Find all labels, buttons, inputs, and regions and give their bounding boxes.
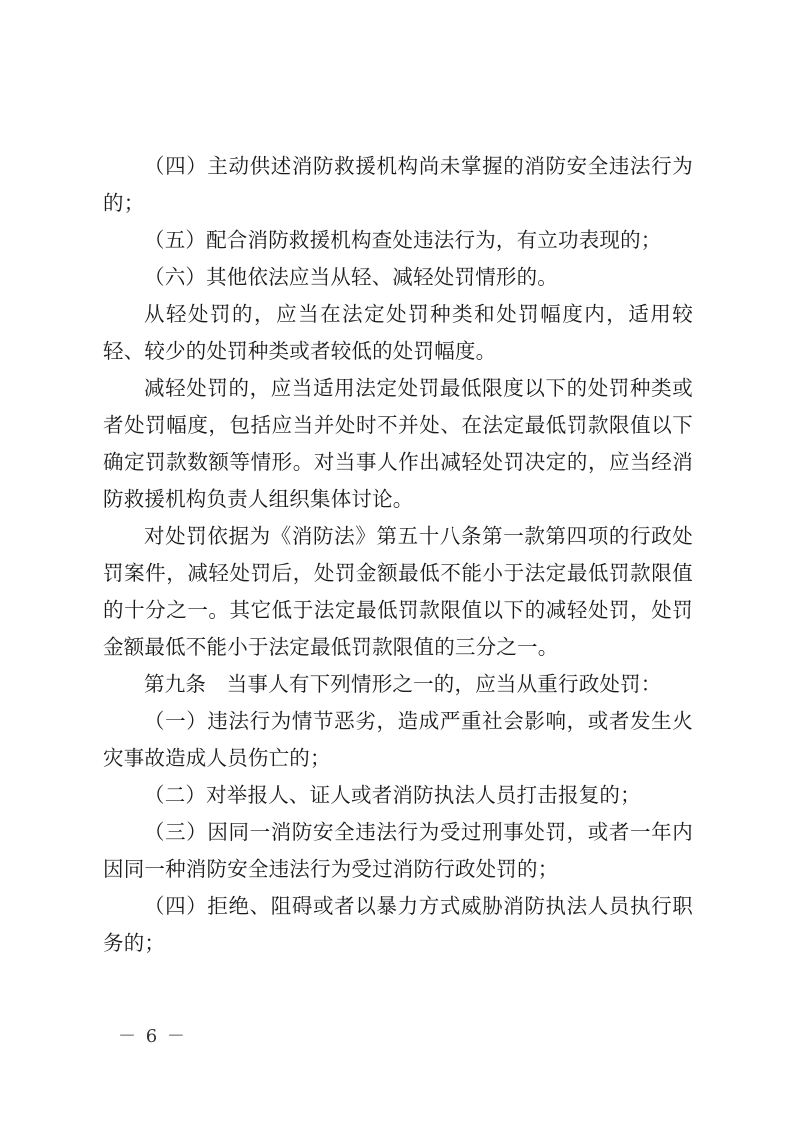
paragraph-mitigated-penalty: 减轻处罚的，应当适用法定处罚最低限度以下的处罚种类或者处罚幅度，包括应当并处时不… <box>103 370 693 518</box>
paragraph-item-4-proactive-confession: （四）主动供述消防救援机构尚未掌握的消防安全违法行为的； <box>103 148 693 222</box>
paragraph-article-9-item-2: （二）对举报人、证人或者消防执法人员打击报复的； <box>103 777 693 814</box>
paragraph-lighter-penalty: 从轻处罚的，应当在法定处罚种类和处罚幅度内，适用较轻、较少的处罚种类或者较低的处… <box>103 296 693 370</box>
document-page-body: （四）主动供述消防救援机构尚未掌握的消防安全违法行为的； （五）配合消防救援机构… <box>103 148 693 962</box>
paragraph-article-9-item-4: （四）拒绝、阻碍或者以暴力方式威胁消防执法人员执行职务的； <box>103 888 693 962</box>
paragraph-article-9-item-1: （一）违法行为情节恶劣，造成严重社会影响，或者发生火灾事故造成人员伤亡的； <box>103 703 693 777</box>
paragraph-item-5-cooperation: （五）配合消防救援机构查处违法行为，有立功表现的； <box>103 222 693 259</box>
paragraph-article-9-item-3: （三）因同一消防安全违法行为受过刑事处罚，或者一年内因同一种消防安全违法行为受过… <box>103 814 693 888</box>
page-number: － 6 － <box>118 1022 187 1048</box>
article-9-heading: 第九条 当事人有下列情形之一的，应当从重行政处罚： <box>103 666 693 703</box>
paragraph-fire-law-article-58: 对处罚依据为《消防法》第五十八条第一款第四项的行政处罚案件，减轻处罚后，处罚金额… <box>103 518 693 666</box>
paragraph-item-6-other-circumstances: （六）其他依法应当从轻、减轻处罚情形的。 <box>103 259 693 296</box>
